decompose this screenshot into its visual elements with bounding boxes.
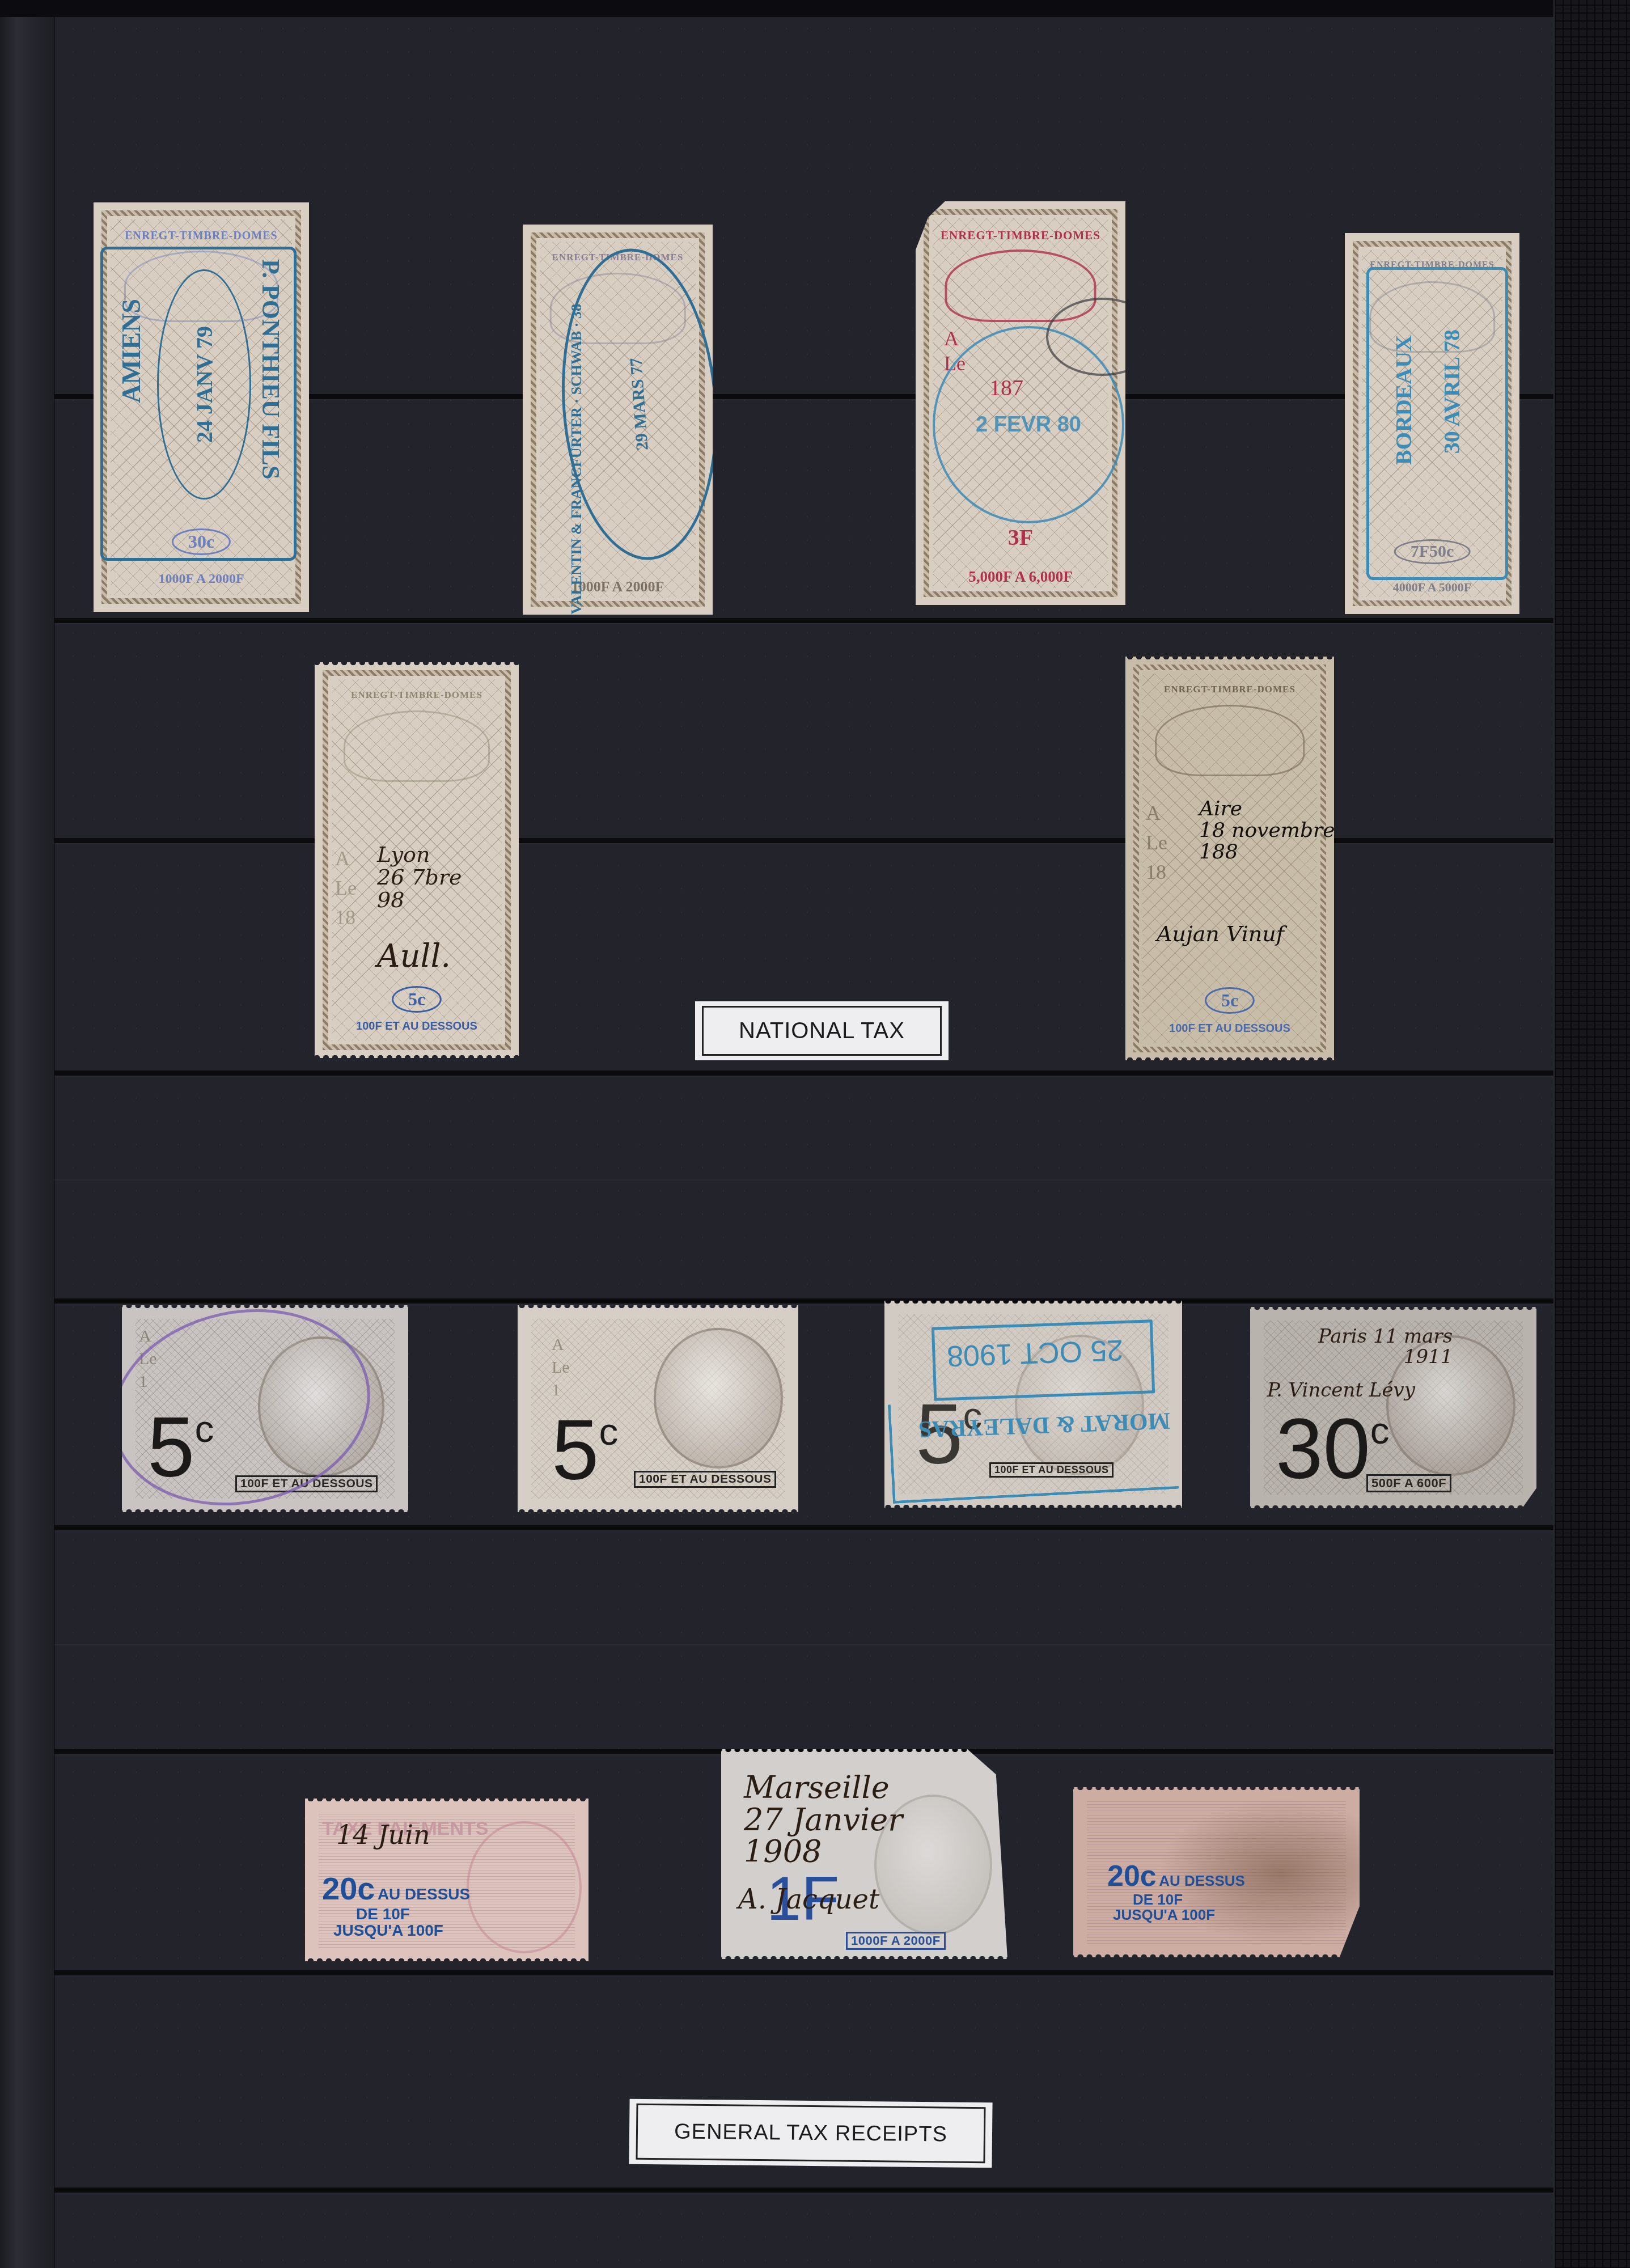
cancel-date: 24 JANV 79 bbox=[191, 326, 218, 443]
prefix-1: 1 bbox=[552, 1379, 570, 1402]
manuscript-signature: Aull. bbox=[377, 940, 451, 974]
tax-line: JUSQU'A 100F bbox=[322, 1922, 470, 1939]
manuscript-date: Lyon 26 7bre 98 bbox=[377, 844, 462, 912]
stamp-range: 1000F A 2000F bbox=[846, 1932, 946, 1950]
stamp-value: 5c bbox=[552, 1407, 618, 1492]
mounting-strip-line bbox=[54, 618, 1553, 623]
marianne-medallion-icon bbox=[467, 1821, 582, 1953]
stamp-receipt-1f-marseille[interactable]: Marseille 27 Janvier 1908 1F A. Jacquet … bbox=[721, 1749, 1007, 1959]
section-label-text: NATIONAL TAX bbox=[702, 1006, 942, 1056]
tax-line: AU DESSUS bbox=[378, 1885, 470, 1903]
mounting-strip-edge bbox=[54, 1179, 1553, 1180]
cancel-firm: P. PONTHIEU FILS bbox=[256, 259, 285, 479]
prefix-le: Le bbox=[552, 1356, 570, 1379]
section-label-national-tax: NATIONAL TAX bbox=[695, 1001, 949, 1060]
tax-line: AU DESSUS bbox=[1159, 1872, 1245, 1889]
stamp-title: ENREGT-TIMBRE-DOMES bbox=[916, 229, 1125, 243]
cancel-date: 29 MARS 77 bbox=[626, 357, 652, 451]
cancel-text: VALENTIN & FRANCFURTER · SCHWAB · 38 bbox=[568, 304, 585, 615]
cancel-city: AMIENS bbox=[116, 299, 146, 403]
manuscript-date: Paris 11 mars 1911 bbox=[1318, 1327, 1453, 1367]
stamp-value: 5c bbox=[392, 986, 442, 1013]
mounting-strip-line bbox=[54, 1525, 1553, 1530]
printed-prefix: A Le 18 bbox=[1146, 798, 1167, 887]
stamp-national-tax-30c-amiens[interactable]: ENREGT-TIMBRE-DOMES 30c 1000F A 2000F AM… bbox=[94, 202, 309, 612]
value-unit: c bbox=[599, 1411, 618, 1453]
tax-line: DE 10F bbox=[322, 1906, 470, 1922]
stamp-title: ENREGT-TIMBRE-DOMES bbox=[1125, 684, 1334, 695]
manuscript-date: Marseille 27 Janvier 1908 bbox=[744, 1772, 903, 1868]
cancel-box-outer bbox=[888, 1390, 1179, 1504]
prefix-a: A bbox=[944, 326, 966, 351]
stamp-range: 100F ET AU DESSOUS bbox=[1125, 1022, 1334, 1035]
stamp-value: 5c bbox=[1205, 987, 1255, 1014]
value-number: 5 bbox=[552, 1402, 599, 1497]
prefix-a: A bbox=[552, 1334, 570, 1356]
stamp-national-tax-7f50-bordeaux[interactable]: ENREGT-TIMBRE-DOMES 7F50c 4000F A 5000F … bbox=[1345, 233, 1519, 614]
mounting-strip-line bbox=[54, 1970, 1553, 1975]
manuscript-signature: Aujan Vinuf bbox=[1157, 923, 1284, 946]
mounting-strip-line bbox=[54, 1298, 1553, 1304]
prefix-a: A bbox=[1146, 798, 1167, 828]
mounting-strip-line bbox=[54, 1070, 1553, 1076]
stamp-value: 20c bbox=[322, 1871, 375, 1906]
allegory-figures-icon bbox=[344, 710, 490, 782]
stamp-national-tax-5c-aire[interactable]: ENREGT-TIMBRE-DOMES A Le 18 Aire 18 nove… bbox=[1125, 657, 1334, 1060]
stamp-value: 20c bbox=[1107, 1860, 1157, 1893]
stamp-range: 100F ET AU DESSOUS bbox=[315, 1020, 519, 1033]
prefix-a: A bbox=[335, 844, 357, 873]
stamp-range: 1000F A 2000F bbox=[523, 578, 713, 595]
tax-line: JUSQU'A 100F bbox=[1107, 1907, 1245, 1923]
mounting-strip-edge bbox=[54, 1644, 1553, 1645]
tax-line: DE 10F bbox=[1107, 1892, 1245, 1907]
stamp-national-tax-5c-lyon[interactable]: ENREGT-TIMBRE-DOMES A Le 18 Lyon 26 7bre… bbox=[315, 662, 519, 1058]
stamp-range: 4000F A 5000F bbox=[1345, 580, 1519, 595]
cancel-frame bbox=[1366, 267, 1508, 580]
value-unit: c bbox=[1370, 1410, 1390, 1452]
album-binding bbox=[1553, 0, 1630, 2268]
printed-prefix: A Le 1 bbox=[552, 1334, 570, 1402]
allegory-figures-icon bbox=[1155, 705, 1305, 776]
cancel-date: 2 FEVR 80 bbox=[976, 413, 1081, 437]
cancel-date: 30 AVRIL 78 bbox=[1438, 329, 1465, 454]
stamp-national-tax-frankfurter[interactable]: ENREGT-TIMBRE-DOMES 1000F A 2000F 29 MAR… bbox=[523, 225, 713, 615]
manuscript-date: 14 Juin bbox=[336, 1821, 430, 1848]
stamp-value-block: 20c AU DESSUS DE 10F JUSQU'A 100F bbox=[322, 1872, 470, 1939]
stamp-range: 500F A 600F bbox=[1366, 1474, 1451, 1492]
album-left-edge bbox=[0, 17, 55, 2268]
cancel-date: 25 OCT 1908 bbox=[946, 1333, 1124, 1373]
stamp-range: 1000F A 2000F bbox=[94, 572, 309, 587]
stamp-title: ENREGT-TIMBRE-DOMES bbox=[94, 230, 309, 243]
manuscript-signature: P. Vincent Lévy bbox=[1267, 1381, 1415, 1401]
prefix-18: 18 bbox=[1146, 857, 1167, 887]
prefix-le: Le bbox=[1146, 828, 1167, 857]
cancel-city: BORDEAUX bbox=[1390, 335, 1417, 465]
value-number: 30 bbox=[1276, 1401, 1370, 1496]
stamp-fiscal-5c-box-cancel[interactable]: 5c 100F ET AU DESSOUS 25 OCT 1908 MORAT … bbox=[884, 1301, 1182, 1508]
manuscript-date: Aire 18 novembre 188 bbox=[1199, 798, 1334, 862]
mounting-strip-line bbox=[54, 2187, 1553, 2193]
prefix-18: 18 bbox=[335, 903, 357, 932]
stamp-receipt-20c-pink[interactable]: TAXE PAIEMENTS 20c AU DESSUS DE 10F JUSQ… bbox=[305, 1799, 589, 1961]
stamp-fiscal-5c-violet-cancel[interactable]: A Le 1 5c 100F ET AU DESSOUS bbox=[122, 1305, 408, 1512]
marianne-medallion-icon bbox=[654, 1328, 783, 1469]
prefix-le: Le bbox=[335, 873, 357, 903]
manuscript-signature: A. Jacquet bbox=[738, 1885, 879, 1914]
stamp-national-tax-3f-nantes[interactable]: ENREGT-TIMBRE-DOMES A Le 187 3F 5,000F A… bbox=[916, 201, 1125, 605]
cancel-oval: 24 JANV 79 bbox=[157, 269, 251, 500]
stamp-value: 3F bbox=[1008, 524, 1033, 551]
stamp-receipt-20c-brown-cancel[interactable]: 20c AU DESSUS DE 10F JUSQU'A 100F bbox=[1073, 1787, 1360, 1957]
stamp-range: 100F ET AU DESSOUS bbox=[634, 1471, 776, 1488]
printed-prefix: A Le 18 bbox=[335, 844, 357, 932]
stamp-range: 5,000F A 6,000F bbox=[916, 568, 1125, 586]
stamp-fiscal-5c-unused[interactable]: A Le 1 5c 100F ET AU DESSOUS bbox=[518, 1305, 798, 1512]
stamp-fiscal-30c-paris[interactable]: 30c 500F A 600F Paris 11 mars 1911 P. Vi… bbox=[1250, 1307, 1536, 1508]
section-label-text: GENERAL TAX RECEIPTS bbox=[636, 2104, 985, 2163]
stamp-title: ENREGT-TIMBRE-DOMES bbox=[315, 689, 519, 701]
stamp-value-block: 20c AU DESSUS DE 10F JUSQU'A 100F bbox=[1107, 1861, 1245, 1923]
section-label-general-tax-receipts: GENERAL TAX RECEIPTS bbox=[629, 2099, 992, 2168]
